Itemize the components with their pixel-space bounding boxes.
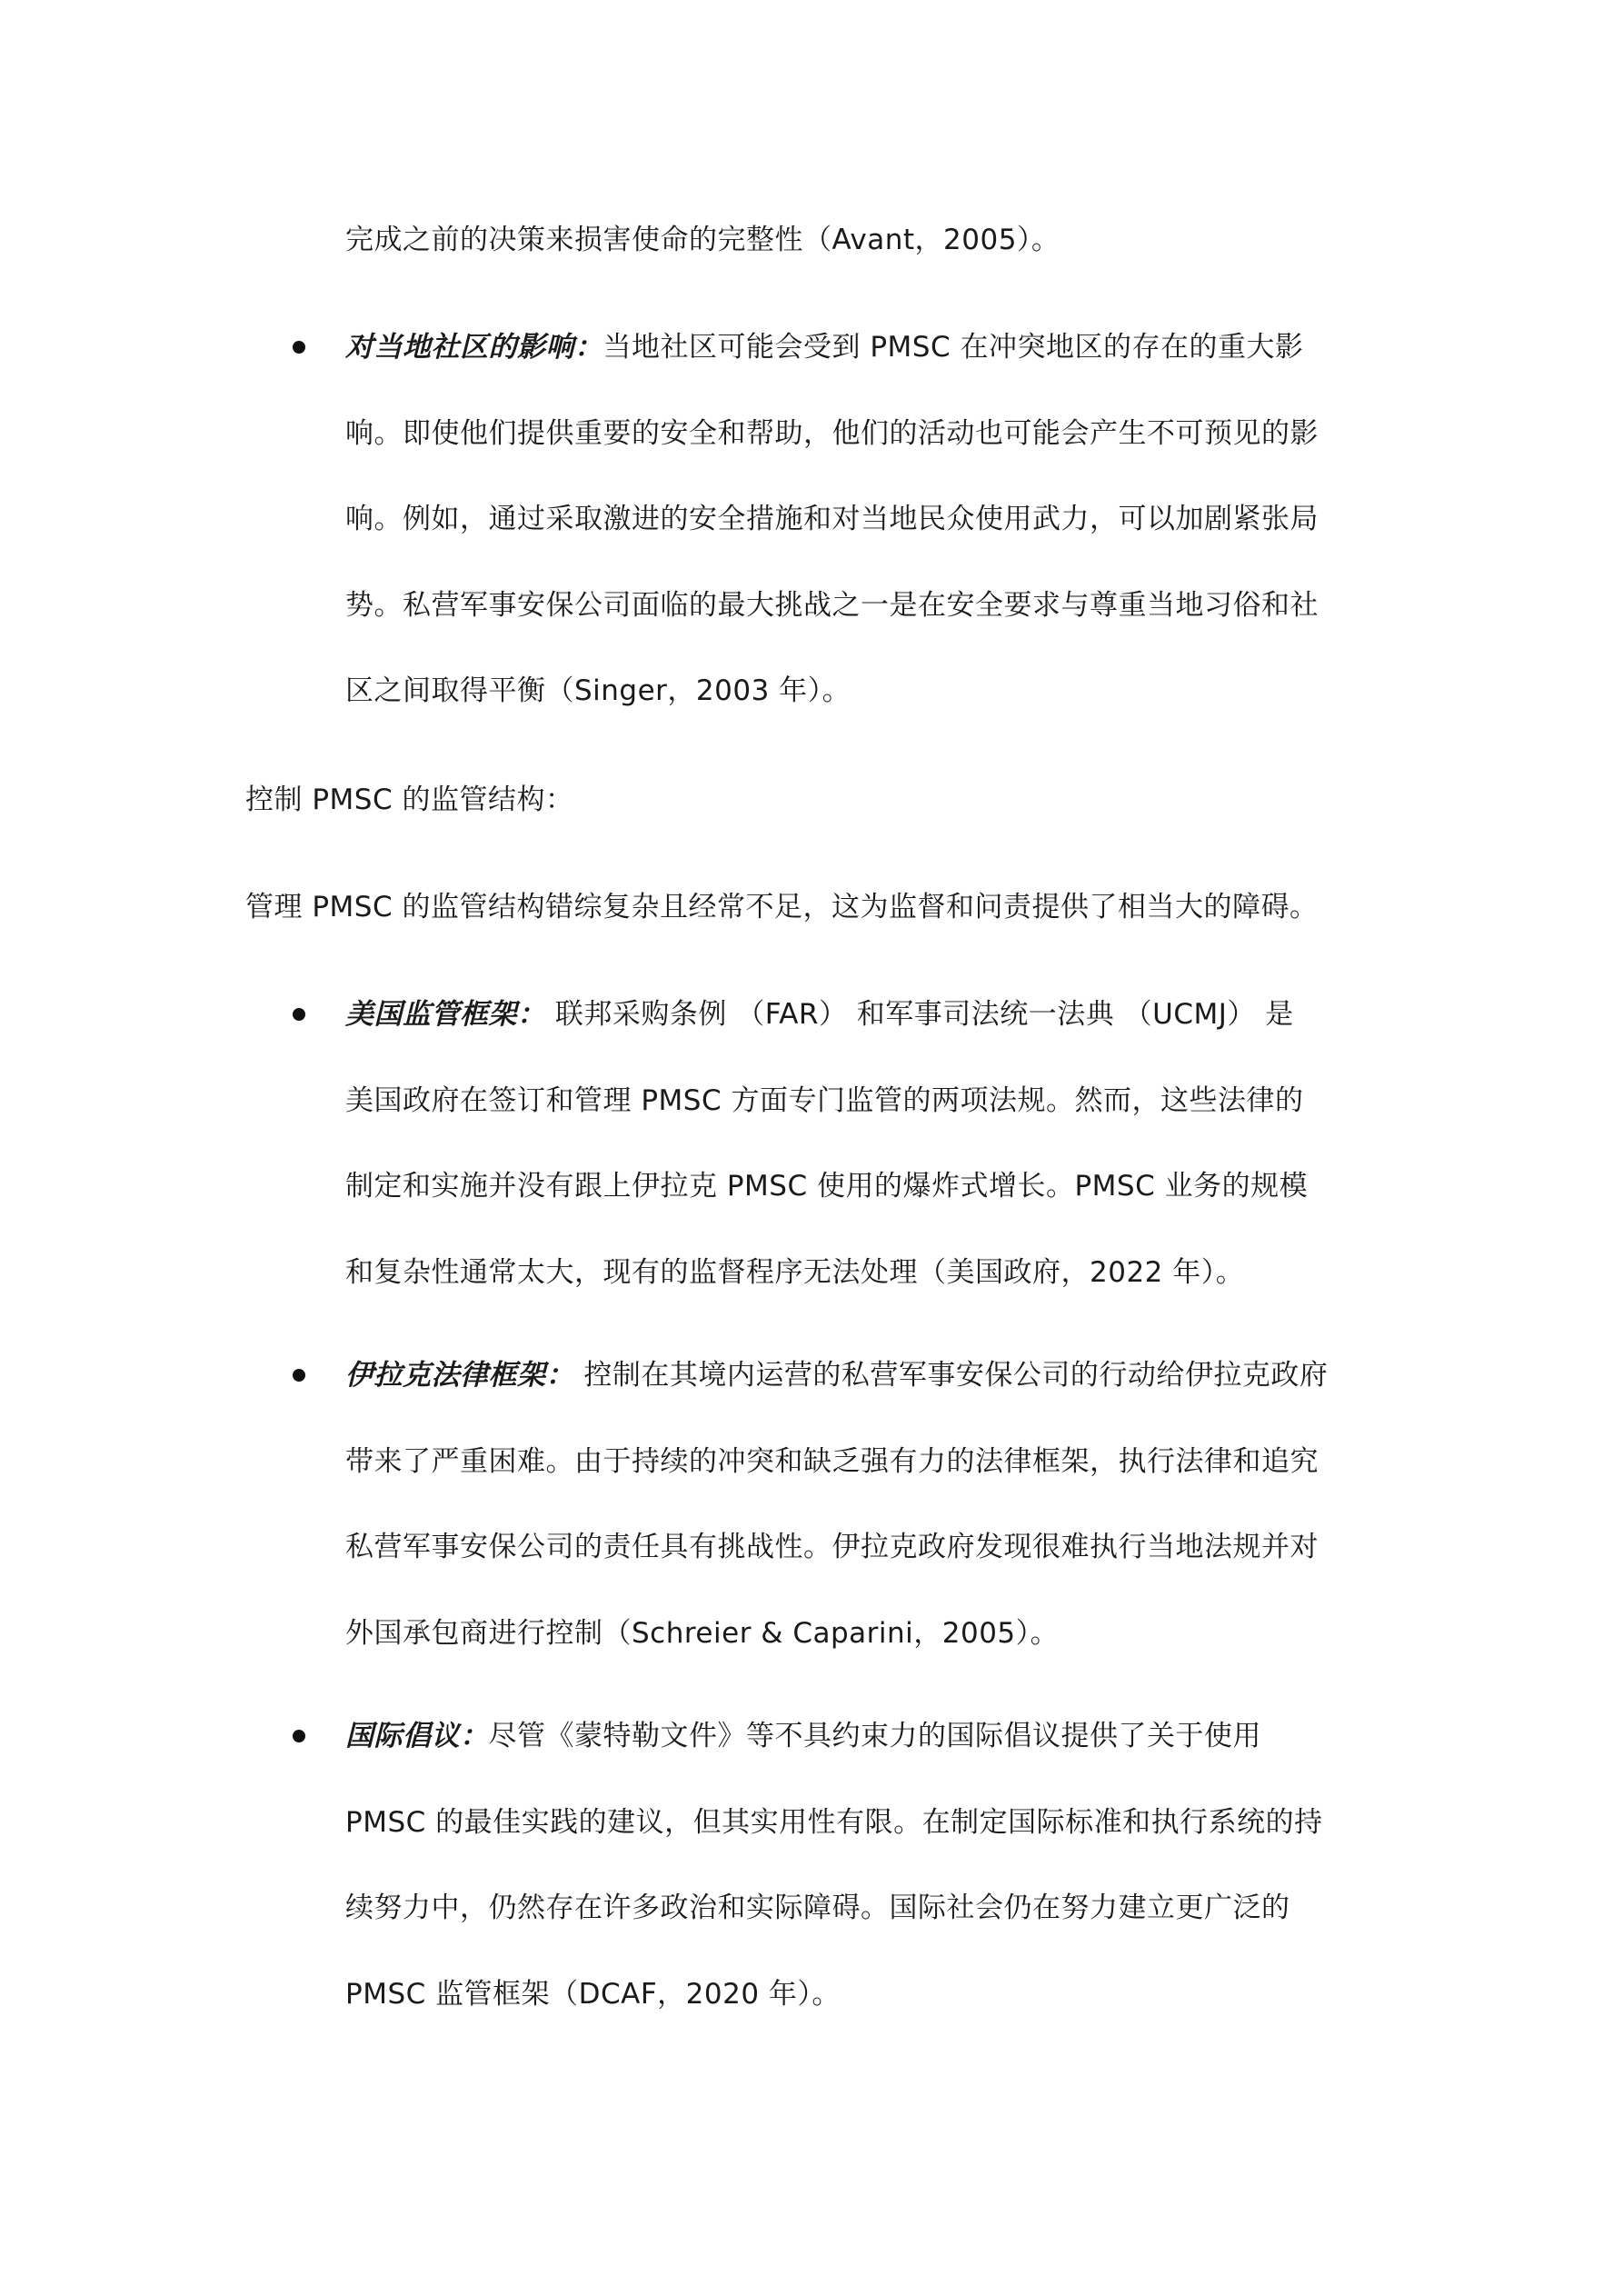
bullet-iraq-line-1: 伊拉克法律框架： 控制在其境内运营的私营军事安保公司的行动给伊拉克政府 <box>345 1357 1328 1393</box>
bullet-intl-line-2: PMSC 的最佳实践的建议，但其实用性有限。在制定国际标准和执行系统的持 <box>345 1804 1323 1841</box>
bullet-us-line-1: 美国监管框架： 联邦采购条例 （FAR） 和军事司法统一法典 （UCMJ） 是 <box>345 996 1294 1033</box>
bullet-community-line-2: 响。即使他们提供重要的安全和帮助，他们的活动也可能会产生不可预见的影 <box>345 415 1319 452</box>
bullet-us-line-2: 美国政府在签订和管理 PMSC 方面专门监管的两项法规。然而，这些法律的 <box>345 1083 1303 1119</box>
bullet-iraq-line-2: 带来了严重困难。由于持续的冲突和缺乏强有力的法律框架，执行法律和追究 <box>345 1443 1319 1480</box>
bullet-term: 国际倡议： <box>345 1720 489 1752</box>
bullet-community-line-1: 对当地社区的影响：当地社区可能会受到 PMSC 在冲突地区的存在的重大影 <box>345 329 1303 365</box>
bullet-iraq-line-3: 私营军事安保公司的责任具有挑战性。伊拉克政府发现很难执行当地法规并对 <box>345 1529 1319 1565</box>
bullet-community-line-4: 势。私营军事安保公司面临的最大挑战之一是在安全要求与尊重当地习俗和社 <box>345 587 1319 624</box>
bullet-intl-line-1: 国际倡议：尽管《蒙特勒文件》等不具约束力的国际倡议提供了关于使用 <box>345 1718 1261 1754</box>
bullet-us-line-4: 和复杂性通常太大，现有的监督程序无法处理（美国政府，2022 年）。 <box>345 1254 1244 1291</box>
bullet-term: 对当地社区的影响： <box>345 331 603 364</box>
bullet-community-line-5: 区之间取得平衡（Singer，2003 年）。 <box>345 673 851 709</box>
bullet-icon <box>293 1730 305 1742</box>
bullet-intl-line-4: PMSC 监管框架（DCAF，2020 年）。 <box>345 1976 841 2012</box>
section-intro: 管理 PMSC 的监管结构错综复杂且经常不足，这为监督和问责提供了相当大的障碍。 <box>245 889 1318 925</box>
bullet-intl-line-3: 续努力中，仍然存在许多政治和实际障碍。国际社会仍在努力建立更广泛的 <box>345 1890 1290 1926</box>
bullet-icon <box>293 341 305 354</box>
bullet-term: 伊拉克法律框架： <box>345 1359 574 1392</box>
document-page: 完成之前的决策来损害使命的完整性（Avant，2005）。 对当地社区的影响：当… <box>0 0 1623 2296</box>
bullet-term: 美国监管框架： <box>345 998 546 1031</box>
section-heading: 控制 PMSC 的监管结构： <box>245 782 573 818</box>
bullet-us-line-3: 制定和实施并没有跟上伊拉克 PMSC 使用的爆炸式增长。PMSC 业务的规模 <box>345 1168 1308 1204</box>
bullet-icon <box>293 1008 305 1021</box>
bullet-iraq-line-4: 外国承包商进行控制（Schreier & Caparini，2005）。 <box>345 1615 1059 1652</box>
bullet-icon <box>293 1369 305 1382</box>
bullet-community-line-3: 响。例如，通过采取激进的安全措施和对当地民众使用武力，可以加剧紧张局 <box>345 501 1319 537</box>
continuation-line: 完成之前的决策来损害使命的完整性（Avant，2005）。 <box>345 222 1060 258</box>
